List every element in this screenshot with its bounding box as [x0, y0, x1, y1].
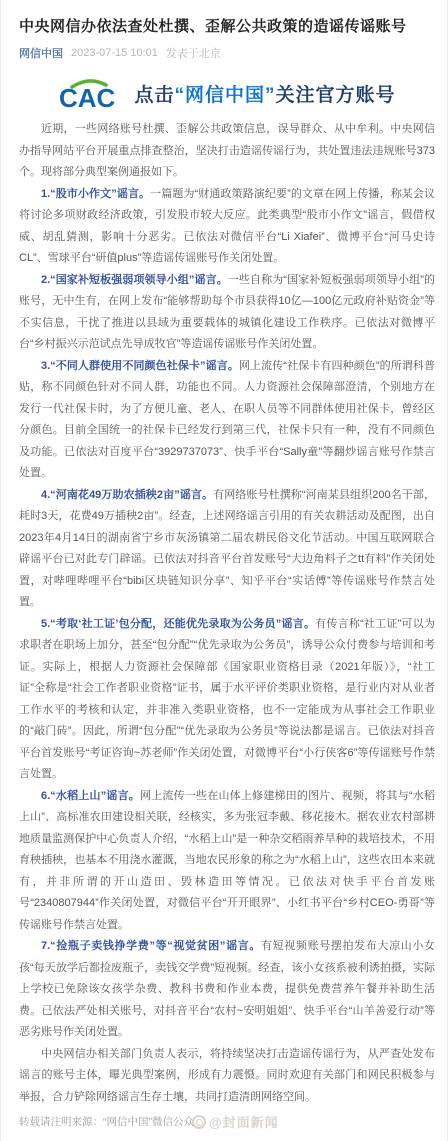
post-date: 2023-07-15 10:01: [71, 47, 158, 59]
banner-text: 点击“网信中国”关注官方账号: [134, 80, 395, 107]
article-body: 近期，一些网络账号杜撰、歪解公共政策信息，误导群众、从中牟利。中央网信办指导网站…: [19, 119, 435, 1108]
intro-paragraph: 近期，一些网络账号杜撰、歪解公共政策信息，误导群众、从中牟利。中央网信办指导网站…: [19, 119, 435, 184]
closing-paragraph: 中央网信办相关部门负责人表示，将持续坚决打击造谣传谣行为，从严查处发布谣言的账号…: [19, 1044, 435, 1109]
banner-text-before: 点击: [134, 85, 174, 106]
cac-logo-icon: CAC: [58, 75, 120, 111]
follow-banner[interactable]: CAC 点击“网信中国”关注官方账号: [19, 75, 435, 111]
post-location: 发表于北京: [166, 45, 221, 61]
watermark: @封面新闻: [192, 1112, 279, 1131]
source-note: 转载请注明来源：“网信中国”微信公众: [19, 1114, 194, 1129]
case-heading-7: 7.“捡瓶子卖钱挣学费”等“视觉贫困”谣言。: [41, 940, 261, 952]
case-body-3: 网上流传“社保卡有四种颜色”的所谓科普贴，称不同颜色针对不同人群，功能也不同。人…: [19, 360, 435, 480]
case-paragraph-6: 6.“水稻上山”谣言。网上流传一些在山体上修建梯田的图片、视频，将其与“水稻上山…: [19, 786, 435, 937]
case-heading-1: 1.“股市小作文”谣言。: [41, 188, 150, 200]
case-heading-5: 5.“考取‘社工证’包分配，还能优先录取为公务员”谣言。: [41, 618, 315, 630]
media-logo-watermark-icon: [192, 1115, 206, 1129]
case-heading-4: 4.“河南花49万助农插秧2亩”谣言。: [41, 489, 213, 501]
svg-text:CAC: CAC: [59, 83, 116, 111]
footer: 转载请注明来源：“网信中国”微信公众 @封面新闻: [19, 1112, 435, 1131]
case-body-6: 网上流传一些在山体上修建梯田的图片、视频，将其与“水稻上山”、高标准农田建设相关…: [19, 790, 435, 931]
post-card: 中央网信办依法查处杜撰、歪解公共政策的造谣传谣账号 网信中国 2023-07-1…: [0, 0, 448, 1141]
author-link[interactable]: 网信中国: [19, 45, 63, 61]
byline: 网信中国 2023-07-15 10:01 发表于北京: [19, 45, 435, 61]
case-body-5: 有传言称“社工证”可以为求职者在职场上加分，甚至“包分配”“优先录取为公务员”，…: [19, 618, 435, 781]
case-heading-2: 2.“国家补短板强弱项领导小组”谣言。: [41, 274, 228, 286]
case-paragraph-5: 5.“考取‘社工证’包分配，还能优先录取为公务员”谣言。有传言称“社工证”可以为…: [19, 614, 435, 786]
banner-text-highlight: “网信中国”: [174, 85, 275, 106]
post-title: 中央网信办依法查处杜撰、歪解公共政策的造谣传谣账号: [19, 16, 435, 37]
case-heading-3: 3.“不同人群使用不同颜色社保卡”谣言。: [41, 360, 239, 372]
case-paragraph-2: 2.“国家补短板强弱项领导小组”谣言。一些自称为“国家补短板强弱项领导小组”的账…: [19, 270, 435, 356]
case-body-4: 有网络账号杜撰称“河南某县组织200名干部，耗时3天，花费49万插秧2亩”。经查…: [19, 489, 435, 609]
case-body-7: 有短视频账号摆拍发布大凉山小女孩“每天放学后都捡废瓶子，卖钱交学费”短视频。经查…: [19, 940, 435, 1038]
banner-text-after: 关注官方账号: [276, 85, 396, 106]
case-paragraph-1: 1.“股市小作文”谣言。一篇题为“财通政策路演纪要”的文章在网上传播，称某会议将…: [19, 184, 435, 270]
case-paragraph-3: 3.“不同人群使用不同颜色社保卡”谣言。网上流传“社保卡有四种颜色”的所谓科普贴…: [19, 356, 435, 485]
case-paragraph-4: 4.“河南花49万助农插秧2亩”谣言。有网络账号杜撰称“河南某县组织200名干部…: [19, 485, 435, 614]
watermark-text: @封面新闻: [209, 1112, 279, 1131]
case-paragraph-7: 7.“捡瓶子卖钱挣学费”等“视觉贫困”谣言。有短视频账号摆拍发布大凉山小女孩“每…: [19, 936, 435, 1044]
cac-logo-graphic: CAC: [58, 75, 120, 111]
case-heading-6: 6.“水稻上山”谣言。: [41, 790, 140, 802]
